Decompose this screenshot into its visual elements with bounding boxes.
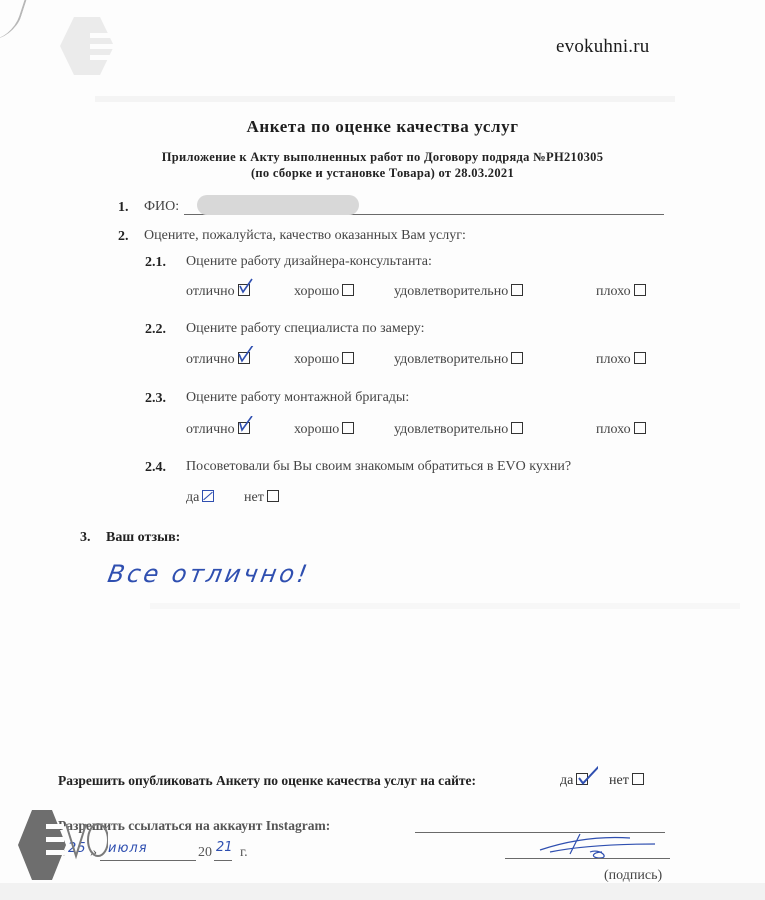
checkbox-checked[interactable] [202,490,214,502]
date-month[interactable]: июля [108,841,148,856]
q2-1-label: Оцените работу дизайнера-консультанта: [186,254,432,270]
q2-1-option-good[interactable]: хорошо [294,284,354,300]
checkbox[interactable] [511,352,523,364]
q2-2-option-satisfactory[interactable]: удовлетворительно [394,352,523,368]
document-subtitle-line2: (по сборке и установке Товара) от 28.03.… [0,166,765,181]
checkbox[interactable] [634,284,646,296]
date-month-line [100,860,196,861]
q2-2-option-poor[interactable]: плохо [596,352,646,368]
q2-2-label: Оцените работу специалиста по замеру: [186,321,425,337]
checkmark-icon [238,346,254,364]
checkbox[interactable] [342,284,354,296]
page-edge [0,0,26,40]
q2-1-option-poor[interactable]: плохо [596,284,646,300]
q2-1-option-satisfactory[interactable]: удовлетворительно [394,284,523,300]
q1-number: 1. [118,200,129,216]
q1-label: ФИО: [144,199,179,215]
evo-logo-icon [18,810,108,880]
q2-3-option-poor[interactable]: плохо [596,422,646,438]
checkbox-checked[interactable] [238,422,250,434]
publish-option-yes[interactable]: да [560,773,588,789]
checkbox[interactable] [267,490,279,502]
q3-label: Ваш отзыв: [106,530,180,546]
feedback-handwritten[interactable]: Все отлично! [106,560,313,588]
checkbox-checked[interactable] [576,773,588,785]
checkmark-icon [203,491,213,501]
q2-4-option-no[interactable]: нет [244,490,279,506]
date-year-prefix: 20 [198,845,212,861]
checkbox[interactable] [632,773,644,785]
checkbox[interactable] [634,352,646,364]
checkmark-icon [238,278,254,296]
q2-4-number: 2.4. [145,460,166,476]
checkmark-icon [238,416,254,434]
q2-3-option-satisfactory[interactable]: удовлетворительно [394,422,523,438]
site-url: evokuhni.ru [556,36,650,58]
checkmark-icon [576,762,598,786]
signature-caption: (подпись) [604,868,662,884]
checkbox[interactable] [511,422,523,434]
checkbox[interactable] [634,422,646,434]
q2-label: Оцените, пожалуйста, качество оказанных … [144,228,466,244]
publish-consent-label: Разрешить опубликовать Анкету по оценке … [58,773,476,789]
q2-3-option-good[interactable]: хорошо [294,422,354,438]
scan-artifact [0,883,765,900]
document-subtitle-line1: Приложение к Акту выполненных работ по Д… [0,150,765,165]
checkbox[interactable] [511,284,523,296]
checkbox[interactable] [342,352,354,364]
checkbox-checked[interactable] [238,284,250,296]
scan-artifact [150,603,740,609]
signature-line[interactable] [505,858,670,859]
q2-1-option-excellent[interactable]: отлично [186,284,250,300]
q2-4-option-yes[interactable]: да [186,490,214,506]
date-year-suffix[interactable]: 21 [216,840,233,855]
scan-artifact [95,96,675,102]
q2-2-option-excellent[interactable]: отлично [186,352,250,368]
q2-3-label: Оцените работу монтажной бригады: [186,390,409,406]
date-year-line [214,860,232,861]
q2-3-option-excellent[interactable]: отлично [186,422,250,438]
document-title: Анкета по оценке качества услуг [0,117,765,137]
date-suffix: г. [240,845,248,861]
checkbox-checked[interactable] [238,352,250,364]
q2-number: 2. [118,229,129,245]
checkbox[interactable] [342,422,354,434]
publish-option-no[interactable]: нет [609,773,644,789]
q3-number: 3. [80,530,91,546]
q2-2-number: 2.2. [145,322,166,338]
evo-logo-icon [56,15,116,77]
q2-4-label: Посоветовали бы Вы своим знакомым обрати… [186,459,571,475]
fio-redacted-value[interactable] [197,195,359,215]
q2-3-number: 2.3. [145,391,166,407]
q2-1-number: 2.1. [145,255,166,271]
q2-2-option-good[interactable]: хорошо [294,352,354,368]
